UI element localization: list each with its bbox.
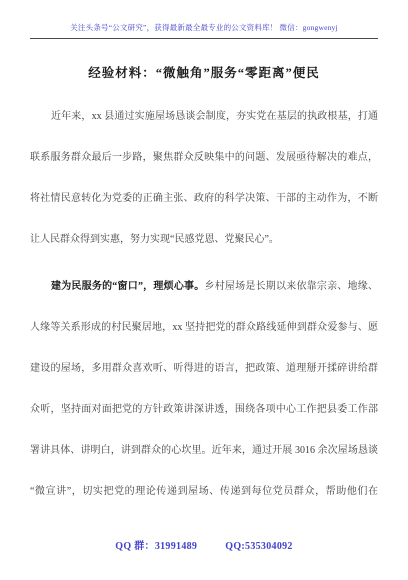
bold-lead: 建为民服务的“窗口”，理烦心事。 xyxy=(51,281,205,292)
text-line: 人缘等关系形成的村民聚居地，xx 坚持把党的群众路线延伸到群众爱参与、愿 xyxy=(30,307,378,348)
promo-header-text: 关注头条号“公文研究”，获得最新最全最专业的公文资料库！ 微信：gongweny… xyxy=(30,22,378,39)
text-line: 建设的屋场，多用群众喜欢听、听得进的语言，把政策、道理掰开揉碎讲给群 xyxy=(30,348,378,389)
document-page: 关注头条号“公文研究”，获得最新最全最专业的公文资料库！ 微信：gongweny… xyxy=(0,0,408,580)
paragraph: 近年来，xx 县通过实施屋场恳谈会制度，夯实党在基层的执政根基，打通联系服务群众… xyxy=(30,96,378,260)
text-line: 让人民群众得到实惠，努力实现“民感党恩、党聚民心”。 xyxy=(30,219,378,260)
qq-number: QQ:535304092 xyxy=(225,541,293,552)
text-line: 建为民服务的“窗口”，理烦心事。乡村屋场是长期以来依靠宗亲、地缘、 xyxy=(30,266,378,307)
text-line: 众听，坚持面对面把党的方针政策讲深讲透，围绕各项中心工作把县委工作部 xyxy=(30,389,378,430)
qq-group-number: QQ 群：31991489 xyxy=(115,541,197,552)
text-line: 将社情民意转化为党委的正确主张、政府的科学决策、干部的主动作为，不断 xyxy=(30,178,378,219)
text-line: 联系服务群众最后一步路，聚焦群众反映集中的问题、发展亟待解决的难点， xyxy=(30,137,378,178)
text-line: 署讲具体、讲明白，讲到群众的心坎里。近年来，通过开展 3016 余次屋场恳谈 xyxy=(30,430,378,471)
promo-footer: QQ 群：31991489QQ:535304092 xyxy=(0,537,408,552)
text-line: 近年来，xx 县通过实施屋场恳谈会制度，夯实党在基层的执政根基，打通 xyxy=(30,96,378,137)
text-line: “微宣讲”，切实把党的理论传递到屋场、传递到每位党员群众，帮助他们在 xyxy=(30,471,378,512)
document-title: 经验材料：“微触角”服务“零距离”便民 xyxy=(30,63,378,81)
promo-header: 关注头条号“公文研究”，获得最新最全最专业的公文资料库！ 微信：gongweny… xyxy=(30,22,378,39)
paragraph: 建为民服务的“窗口”，理烦心事。乡村屋场是长期以来依靠宗亲、地缘、人缘等关系形成… xyxy=(30,266,378,512)
document-body: 近年来，xx 县通过实施屋场恳谈会制度，夯实党在基层的执政根基，打通联系服务群众… xyxy=(30,96,378,512)
